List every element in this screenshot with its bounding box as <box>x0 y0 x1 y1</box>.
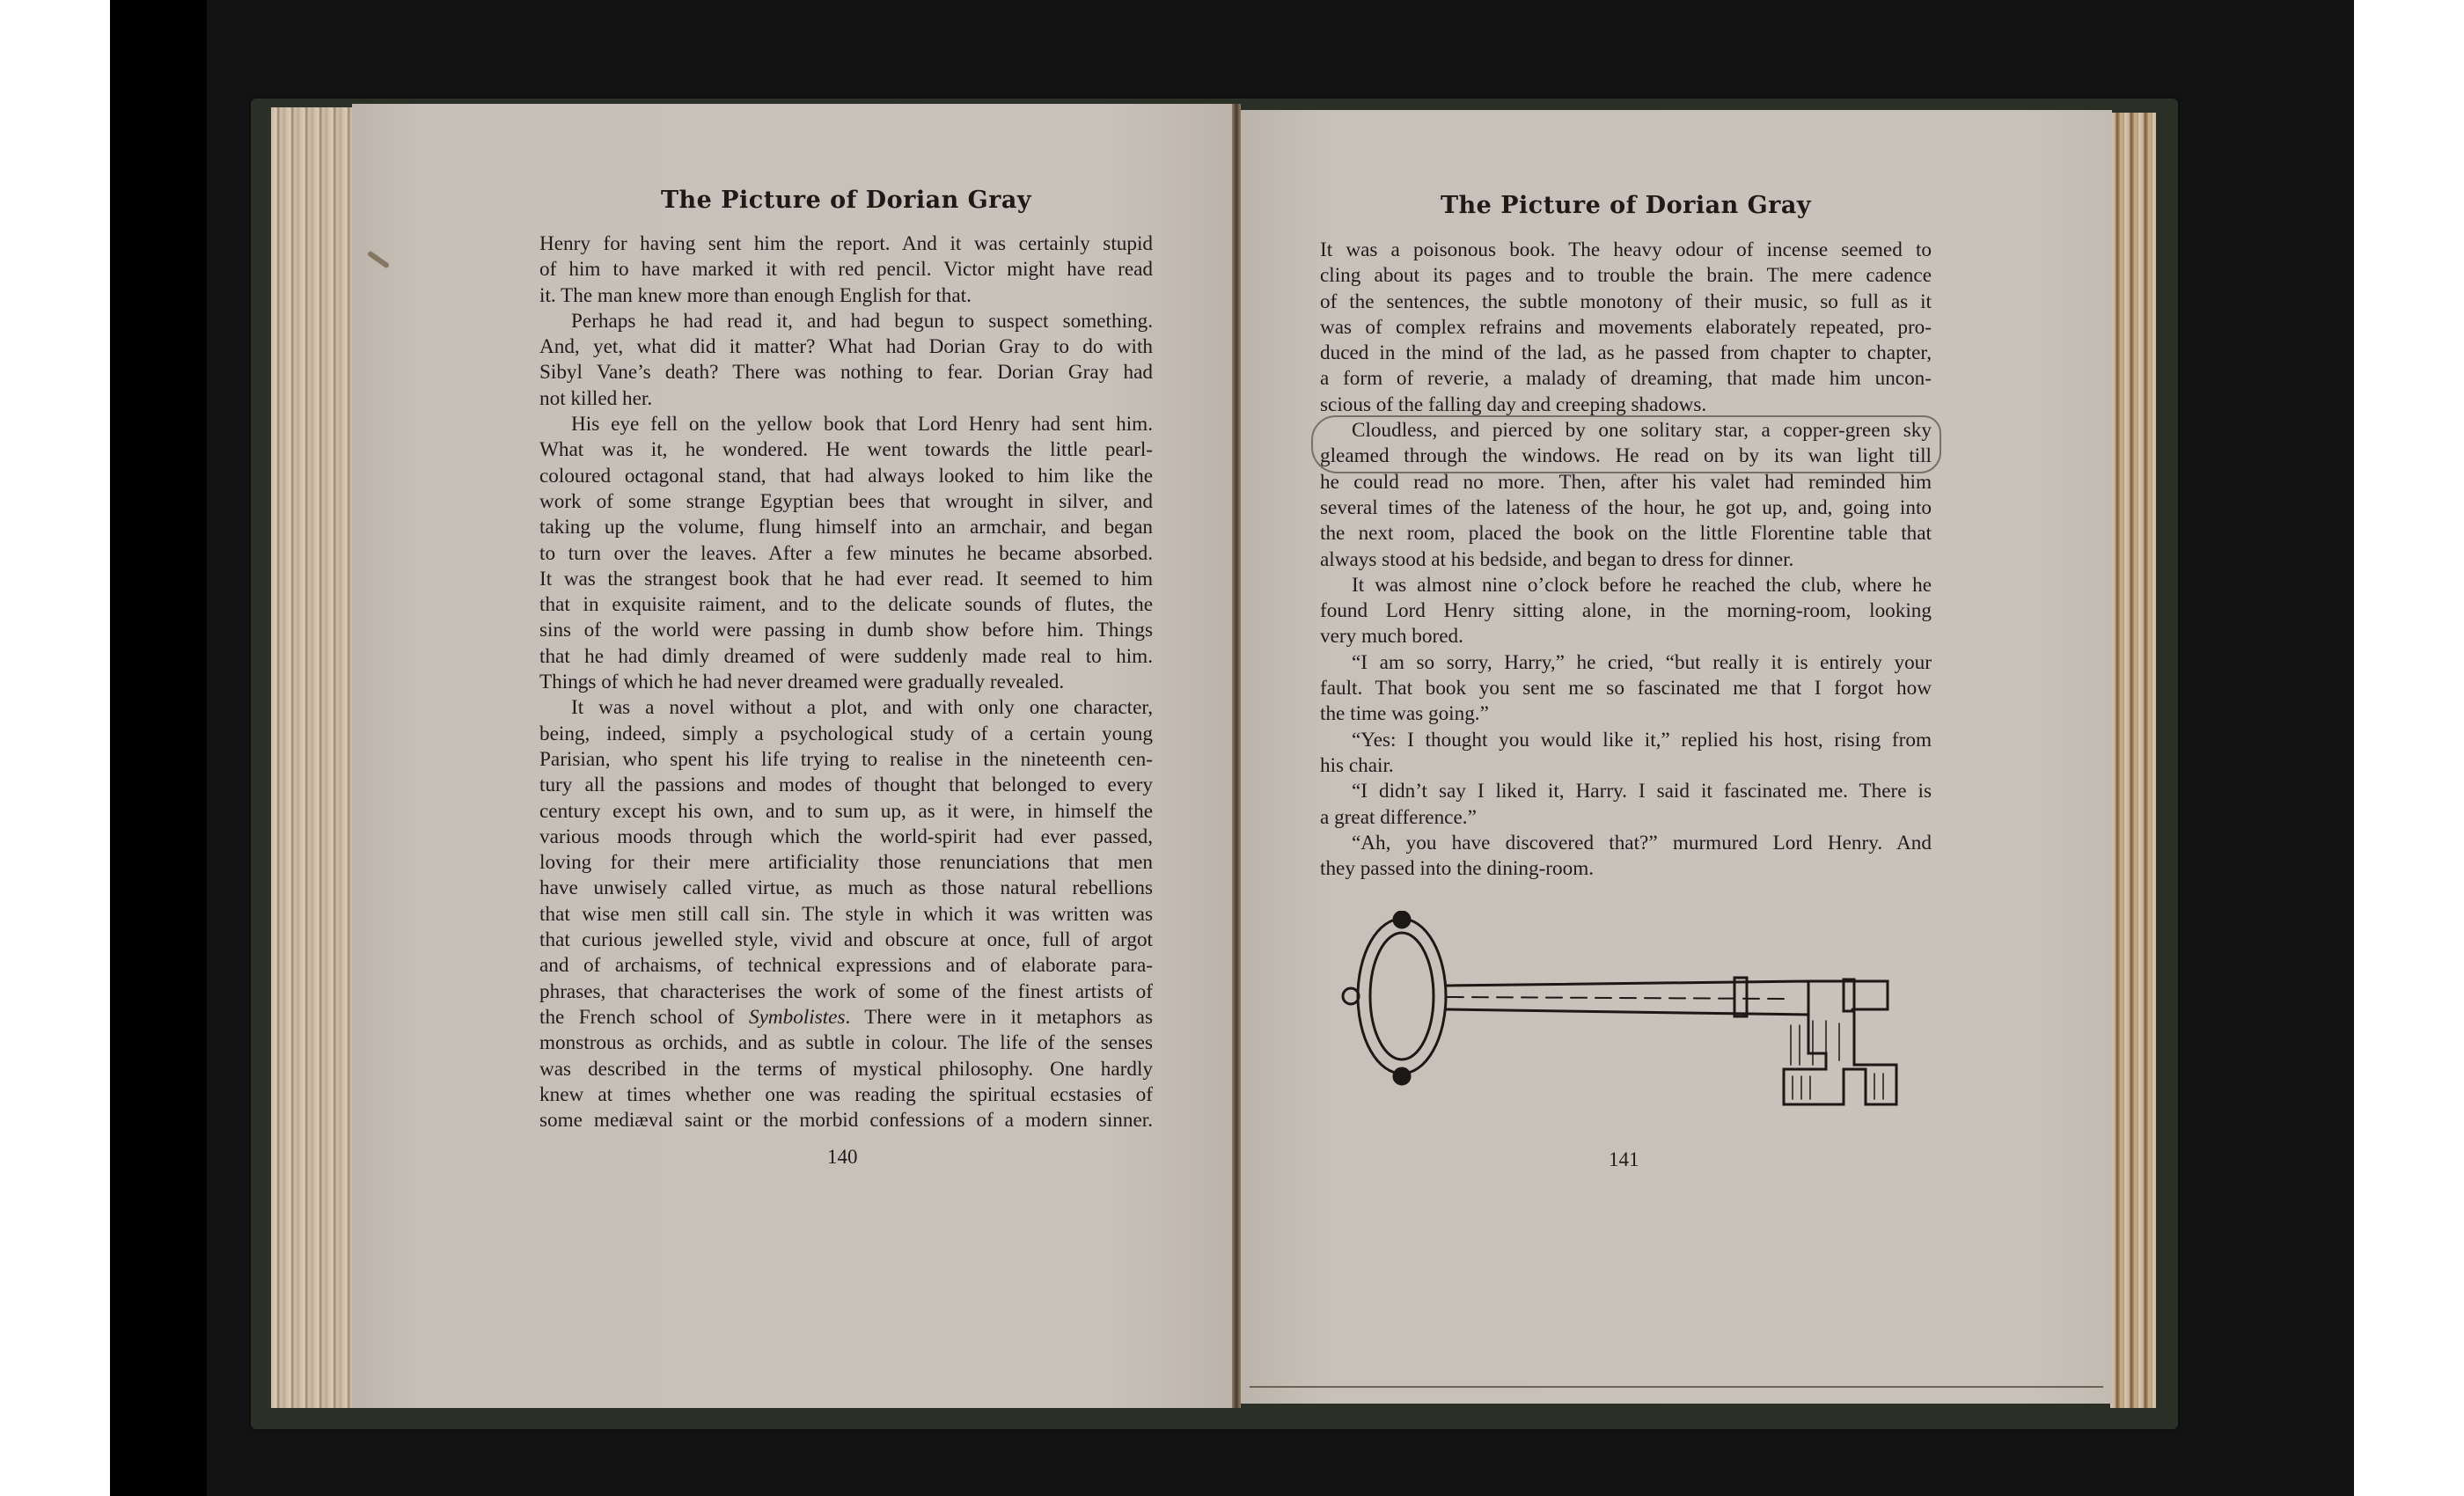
text-line: knew at times whether one was reading th… <box>539 1082 1153 1108</box>
text-line: several times of the lateness of the hou… <box>1320 495 1932 521</box>
text-line: It was a poisonous book. The heavy odour… <box>1320 238 1932 263</box>
text-line: taking up the volume, flung himself into… <box>539 515 1153 540</box>
text-line: the next room, placed the book on the li… <box>1320 521 1932 546</box>
text-line: Henry for having sent him the report. An… <box>539 231 1153 257</box>
text-line: “Yes: I thought you would like it,” repl… <box>1320 728 1932 753</box>
text-line: they passed into the dining-room. <box>1320 856 1932 882</box>
text-line: It was almost nine o’clock before he rea… <box>1320 573 1932 598</box>
text-line: coloured octagonal stand, that had alway… <box>539 464 1153 489</box>
text-line: always stood at his bedside, and began t… <box>1320 547 1932 573</box>
text-line: His eye fell on the yellow book that Lor… <box>539 412 1153 437</box>
text-line: loving for their mere artificiality thos… <box>539 850 1153 876</box>
text-line: What was it, he wondered. He went toward… <box>539 437 1153 463</box>
text-line: his chair. <box>1320 753 1932 779</box>
text-line: was described in the terms of mystical p… <box>539 1057 1153 1082</box>
text-line: Sibyl Vane’s death? There was nothing to… <box>539 360 1153 385</box>
text-line: that curious jewelled style, vivid and o… <box>539 928 1153 953</box>
text-line: scious of the falling day and creeping s… <box>1320 392 1932 418</box>
text-line: it. The man knew more than enough Englis… <box>539 283 1153 309</box>
book-gutter <box>1232 104 1241 1408</box>
text-line: very much bored. <box>1320 624 1932 649</box>
page-bottom-edge <box>1250 1386 2103 1388</box>
text-line: a great difference.” <box>1320 805 1932 831</box>
text-line: he could read no more. Then, after his v… <box>1320 470 1932 495</box>
text-line: century except his own, and to sum up, a… <box>539 799 1153 825</box>
left-page-text: Henry for having sent him the report. An… <box>539 231 1153 1133</box>
text-line: It was the strangest book that he had ev… <box>539 567 1153 592</box>
text-line: And, yet, what did it matter? What had D… <box>539 334 1153 360</box>
text-line: duced in the mind of the lad, as he pass… <box>1320 341 1932 366</box>
text-line: fault. That book you sent me so fascinat… <box>1320 676 1932 701</box>
text-line: not killed her. <box>539 386 1153 412</box>
text-line: “Ah, you have discovered that?” murmured… <box>1320 831 1932 856</box>
text-line: sins of the world were passing in dumb s… <box>539 618 1153 643</box>
right-page-text: It was a poisonous book. The heavy odour… <box>1320 238 1932 882</box>
text-line: “I am so sorry, Harry,” he cried, “but r… <box>1320 650 1932 676</box>
text-line: was of complex refrains and movements el… <box>1320 315 1932 341</box>
text-line: Things of which he had never dreamed wer… <box>539 670 1153 695</box>
text-line: of the sentences, the subtle monotony of… <box>1320 290 1932 315</box>
text-line: some mediæval saint or the morbid confes… <box>539 1108 1153 1133</box>
text-line: Parisian, who spent his life trying to r… <box>539 747 1153 773</box>
key-illustration-icon <box>1333 911 1923 1122</box>
text-line: various moods through which the world-sp… <box>539 825 1153 850</box>
text-line: “I didn’t say I liked it, Harry. I said … <box>1320 779 1932 804</box>
text-line: Perhaps he had read it, and had begun to… <box>539 309 1153 334</box>
text-line: phrases, that characterises the work of … <box>539 979 1153 1005</box>
text-line: have unwisely called virtue, as much as … <box>539 876 1153 901</box>
text-line: that he had dimly dreamed of were sudden… <box>539 644 1153 670</box>
text-line: that in exquisite raiment, and to the de… <box>539 592 1153 618</box>
page-edges-right <box>2110 113 2156 1408</box>
text-line: the time was going.” <box>1320 701 1932 727</box>
text-line: and of archaisms, of technical expressio… <box>539 953 1153 979</box>
text-line: cling about its pages and to trouble the… <box>1320 263 1932 289</box>
left-running-head: The Picture of Dorian Gray <box>539 187 1153 214</box>
text-line: to turn over the leaves. After a few min… <box>539 541 1153 567</box>
text-line: of him to have marked it with red pencil… <box>539 257 1153 282</box>
text-line: work of some strange Egyptian bees that … <box>539 489 1153 515</box>
page-edges-left <box>271 107 359 1408</box>
right-running-head: The Picture of Dorian Gray <box>1320 192 1932 219</box>
text-line: found Lord Henry sitting alone, in the m… <box>1320 598 1932 624</box>
text-line: tury all the passions and modes of thoug… <box>539 773 1153 798</box>
text-line: the French school of Symbolistes. There … <box>539 1005 1153 1030</box>
left-page-number: 140 <box>827 1146 858 1169</box>
black-border-left <box>110 0 207 1496</box>
right-page-number: 141 <box>1609 1148 1639 1171</box>
text-line: It was a novel without a plot, and with … <box>539 695 1153 721</box>
text-line: monstrous as orchids, and as subtle in c… <box>539 1030 1153 1056</box>
text-line: being, indeed, simply a psychological st… <box>539 722 1153 747</box>
text-line: that wise men still call sin. The style … <box>539 902 1153 928</box>
pencil-annotation-loop <box>1311 415 1941 473</box>
text-line: a form of reverie, a malady of dreaming,… <box>1320 366 1932 392</box>
